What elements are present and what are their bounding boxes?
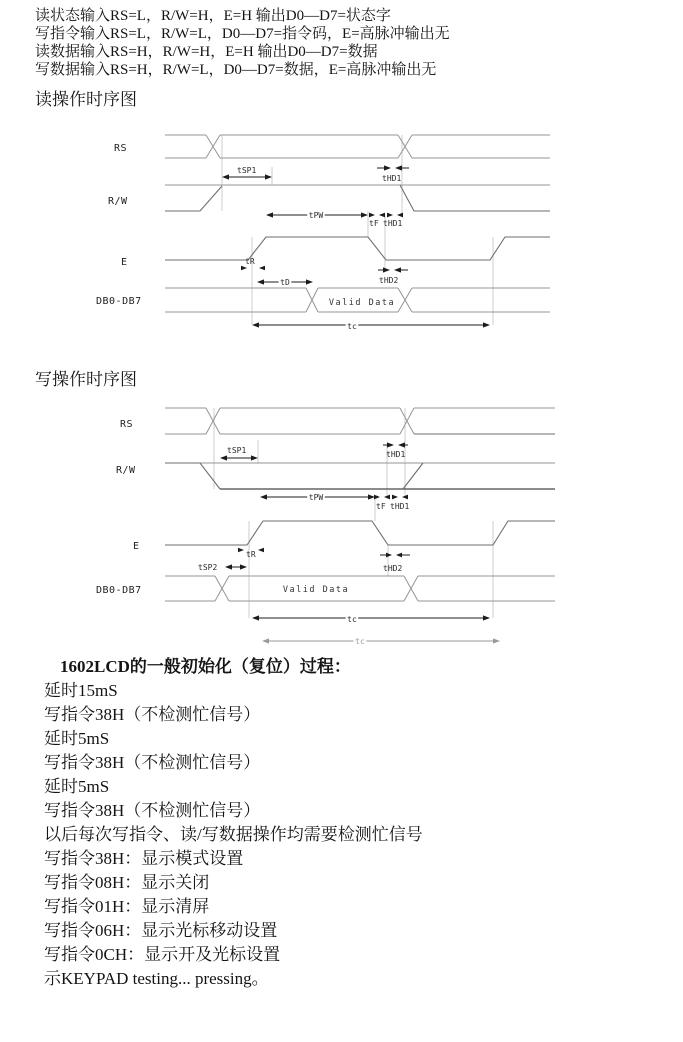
timing-label-tc: tc — [347, 322, 357, 331]
init-line: 写指令38H：显示模式设置 — [44, 847, 423, 871]
waveform-rs — [165, 408, 555, 434]
init-line: 写指令08H：显示关闭 — [44, 871, 423, 895]
valid-data-label: Valid Data — [283, 585, 349, 595]
timing-label-tc2: tc — [355, 637, 365, 646]
timing-label-tc: tc — [347, 615, 357, 624]
waveform-e — [165, 237, 550, 260]
waveform-db — [165, 576, 555, 601]
timing-label-thd1: tHD1 — [386, 450, 405, 459]
init-line: 延时15mS — [44, 679, 423, 703]
init-line: 写指令01H：显示清屏 — [44, 895, 423, 919]
intro-line: 写数据输入RS=H，R/W=L，D0—D7=数据，E=高脉冲输出无 — [35, 61, 450, 79]
guide-lines — [214, 408, 493, 618]
init-line: 延时5mS — [44, 727, 423, 751]
timing-label-tf: tF — [376, 502, 386, 511]
timing-label-tpw: tPW — [309, 211, 324, 220]
init-line: 写指令38H（不检测忙信号） — [44, 751, 423, 775]
timing-label-td: tD — [280, 278, 290, 287]
timing-arrows — [220, 442, 490, 620]
intro-line: 读数据输入RS=H，R/W=H，E=H 输出D0—D7=数据 — [35, 43, 450, 61]
init-line: 延时5mS — [44, 775, 423, 799]
timing-label-thd2: tHD2 — [379, 276, 398, 285]
init-line: 写指令06H：显示光标移动设置 — [44, 919, 423, 943]
waveform-rw — [165, 185, 550, 211]
timing-label-tsp1: tSP1 — [237, 166, 256, 175]
timing-label-tsp2: tSP2 — [198, 563, 217, 572]
read-timing-title: 读操作时序图 — [35, 85, 137, 110]
signal-label-rs: RS — [114, 143, 127, 154]
timing-label-tr: tR — [245, 257, 255, 266]
timing-label-thd1: tHD1 — [382, 174, 401, 183]
init-heading: 1602LCD的一般初始化（复位）过程： — [44, 655, 423, 679]
waveform-rw — [165, 463, 555, 489]
timing-label-tr: tR — [246, 550, 256, 559]
write-timing-title: 写操作时序图 — [35, 365, 137, 390]
signal-label-db: DB0-DB7 — [96, 296, 142, 307]
document-page: 读状态输入RS=L，R/W=H，E=H 输出D0—D7=状态字 写指令输入RS=… — [0, 0, 683, 1042]
guide-lines — [222, 135, 493, 325]
waveform-e — [165, 521, 555, 545]
timing-arrow-tc2 — [262, 638, 500, 643]
init-line: 写指令38H（不检测忙信号） — [44, 703, 423, 727]
write-timing-diagram: RS R/W E DB0-DB7 tSP1 tHD1 tPW tF tHD1 t… — [0, 396, 683, 648]
timing-label-thd1-2: tHD1 — [383, 219, 402, 228]
init-line: 写指令0CH：显示开及光标设置 — [44, 943, 423, 967]
signal-label-e: E — [133, 541, 140, 552]
init-line: 示KEYPAD testing... pressing。 — [44, 967, 423, 991]
valid-data-label: Valid Data — [329, 298, 395, 308]
timing-label-tf: tF — [369, 219, 379, 228]
signal-label-db: DB0-DB7 — [96, 585, 142, 596]
init-line: 写指令38H（不检测忙信号） — [44, 799, 423, 823]
signal-label-rw: R/W — [108, 196, 128, 207]
init-line: 以后每次写指令、读/写数据操作均需要检测忙信号 — [44, 823, 423, 847]
timing-label-thd1-2: tHD1 — [390, 502, 409, 511]
timing-label-tsp1: tSP1 — [227, 446, 246, 455]
init-block: 1602LCD的一般初始化（复位）过程： 延时15mS 写指令38H（不检测忙信… — [44, 655, 423, 991]
waveform-rs — [165, 135, 550, 158]
signal-label-e: E — [121, 257, 128, 268]
intro-block: 读状态输入RS=L，R/W=H，E=H 输出D0—D7=状态字 写指令输入RS=… — [35, 7, 450, 79]
timing-label-thd2: tHD2 — [383, 564, 402, 573]
read-timing-diagram: RS R/W E DB0-DB7 tSP1 tHD1 tPW tF tHD1 t… — [0, 125, 683, 337]
timing-label-tpw: tPW — [309, 493, 324, 502]
signal-label-rs: RS — [120, 419, 133, 430]
signal-label-rw: R/W — [116, 465, 136, 476]
intro-line: 写指令输入RS=L，R/W=L，D0—D7=指令码，E=高脉冲输出无 — [35, 25, 450, 43]
intro-line: 读状态输入RS=L，R/W=H，E=H 输出D0—D7=状态字 — [35, 7, 450, 25]
